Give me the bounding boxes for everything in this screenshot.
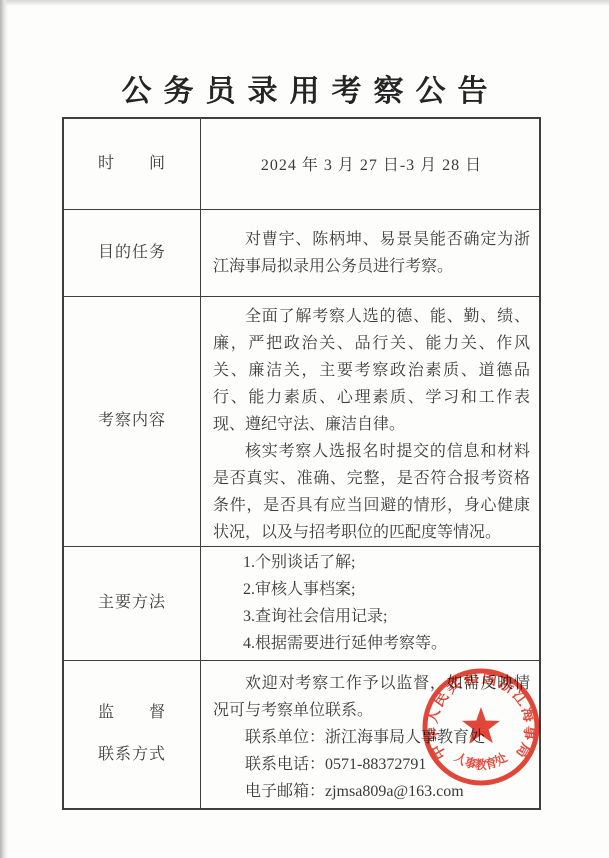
method-item: 2.审核人事档案; — [213, 576, 530, 603]
label-cell-time: 时 间 — [63, 118, 201, 209]
label-cell-purpose: 目的任务 — [63, 209, 201, 296]
official-seal: 中华人民共和国浙江海事局 人事教育处 — [396, 642, 566, 812]
row-label: 主要方法 — [78, 590, 186, 616]
row-label: 考察内容 — [78, 408, 186, 434]
row-label: 目的任务 — [78, 240, 186, 266]
page-title: 公务员录用考察公告 — [0, 66, 609, 110]
row-label: 监 督 — [78, 692, 186, 734]
scan-edge-top — [0, 0, 609, 6]
seal-bottom-text: 人事教育处 — [452, 749, 510, 772]
paragraph: 对曹宇、陈柄坤、易景昊能否确定为浙江海事局拟录用公务员进行考察。 — [213, 226, 530, 280]
table-row-purpose: 目的任务 对曹宇、陈柄坤、易景昊能否确定为浙江海事局拟录用公务员进行考察。 — [63, 209, 540, 296]
seal-star-icon — [462, 707, 500, 743]
table-row-time: 时 间 2024 年 3 月 27 日-3 月 28 日 — [63, 118, 540, 209]
value-cell-purpose: 对曹宇、陈柄坤、易景昊能否确定为浙江海事局拟录用公务员进行考察。 — [201, 209, 541, 296]
scan-edge-left — [0, 0, 8, 858]
row-label: 联系方式 — [78, 734, 186, 776]
row-label: 时 间 — [78, 151, 186, 177]
paragraph: 全面了解考察人选的德、能、勤、绩、廉，严把政治关、品行关、能力关、作风关、廉洁关… — [213, 303, 530, 438]
value-cell-content: 全面了解考察人选的德、能、勤、绩、廉，严把政治关、品行关、能力关、作风关、廉洁关… — [201, 296, 541, 546]
document-page: 公务员录用考察公告 时 间 2024 年 3 月 27 日-3 月 28 日 目… — [0, 0, 609, 858]
method-item: 1.个别谈话了解; — [213, 549, 530, 576]
label-cell-supervision: 监 督 联系方式 — [63, 660, 201, 809]
method-item: 3.查询社会信用记录; — [213, 603, 530, 630]
table-row-content: 考察内容 全面了解考察人选的德、能、勤、绩、廉，严把政治关、品行关、能力关、作风… — [63, 296, 540, 546]
value-cell-time: 2024 年 3 月 27 日-3 月 28 日 — [201, 118, 541, 209]
label-cell-content: 考察内容 — [63, 296, 201, 546]
paragraph: 核实考察人选报名时提交的信息和材料是否真实、准确、完整，是否符合报考资格条件，是… — [213, 438, 530, 546]
label-cell-methods: 主要方法 — [63, 546, 201, 660]
